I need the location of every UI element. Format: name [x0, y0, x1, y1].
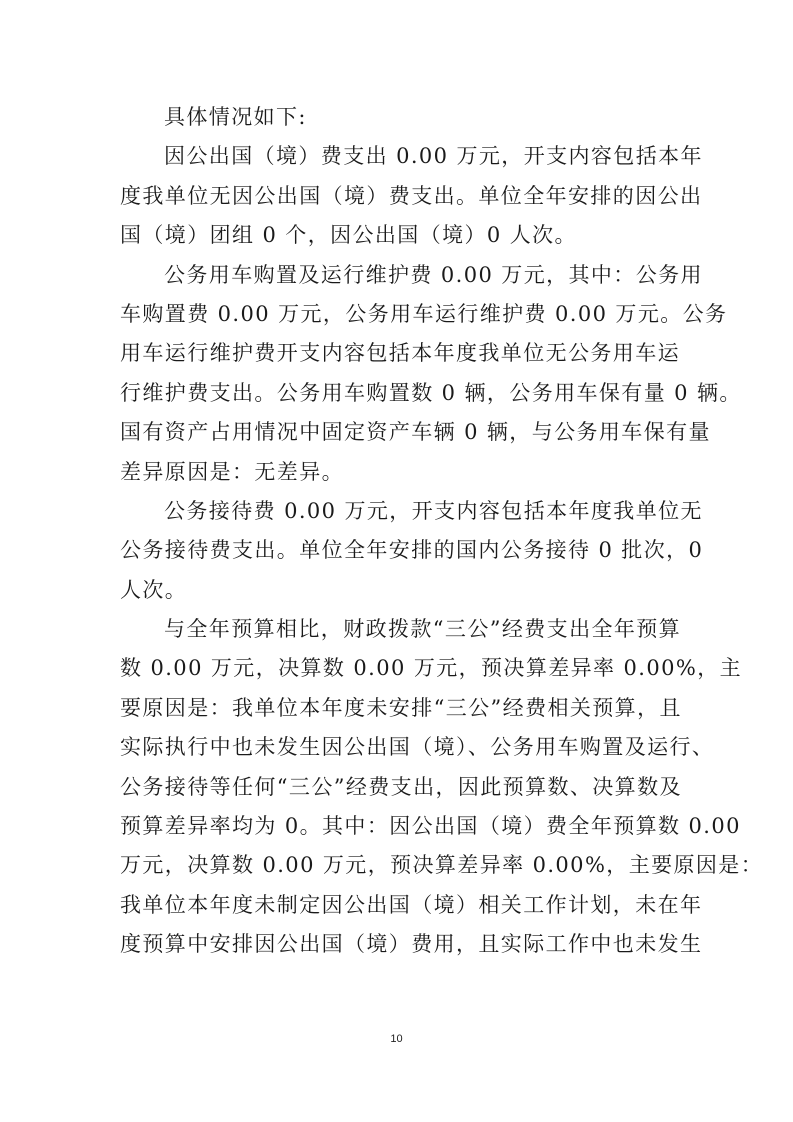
text-line: 度预算中安排因公出国（境）费用，且实际工作中也未发生 [120, 925, 680, 964]
text-line: 公务接待费支出。单位全年安排的国内公务接待 0 批次，0 [120, 531, 680, 570]
text-line: 实际执行中也未发生因公出国（境）、公务用车购置及运行、 [120, 728, 680, 767]
page-number: 10 [0, 1033, 793, 1045]
text-line: 我单位本年度未制定因公出国（境）相关工作计划，未在年 [120, 886, 680, 925]
text-line: 行维护费支出。公务用车购置数 0 辆，公务用车保有量 0 辆。 [120, 374, 680, 413]
text-line: 公务用车购置及运行维护费 0.00 万元，其中：公务用 [120, 256, 680, 295]
text-line: 国（境）团组 0 个，因公出国（境）0 人次。 [120, 216, 680, 255]
paragraph-intro: 具体情况如下: [120, 98, 680, 137]
document-page: 具体情况如下: 因公出国（境）费支出 0.00 万元，开支内容包括本年 度我单位… [0, 0, 793, 1122]
text-line: 公务接待等任何“三公”经费支出，因此预算数、决算数及 [120, 768, 680, 807]
text-line: 差异原因是：无差异。 [120, 453, 680, 492]
text-line: 万元，决算数 0.00 万元，预决算差异率 0.00%，主要原因是： [120, 846, 680, 885]
text-line: 公务接待费 0.00 万元，开支内容包括本年度我单位无 [120, 492, 680, 531]
text-line: 具体情况如下: [120, 98, 680, 137]
text-line: 要原因是：我单位本年度未安排“三公”经费相关预算，且 [120, 689, 680, 728]
text-line: 因公出国（境）费支出 0.00 万元，开支内容包括本年 [120, 137, 680, 176]
text-line: 用车运行维护费开支内容包括本年度我单位无公务用车运 [120, 334, 680, 373]
text-line: 与全年预算相比，财政拨款“三公”经费支出全年预算 [120, 610, 680, 649]
paragraph-overseas-travel: 因公出国（境）费支出 0.00 万元，开支内容包括本年 度我单位无因公出国（境）… [120, 137, 680, 255]
text-line: 数 0.00 万元，决算数 0.00 万元，预决算差异率 0.00%，主 [120, 649, 680, 688]
text-line: 国有资产占用情况中固定资产车辆 0 辆，与公务用车保有量 [120, 413, 680, 452]
document-body: 具体情况如下: 因公出国（境）费支出 0.00 万元，开支内容包括本年 度我单位… [120, 98, 680, 965]
text-line: 车购置费 0.00 万元，公务用车运行维护费 0.00 万元。公务 [120, 295, 680, 334]
text-line: 人次。 [120, 571, 680, 610]
text-line: 度我单位无因公出国（境）费支出。单位全年安排的因公出 [120, 177, 680, 216]
paragraph-official-reception: 公务接待费 0.00 万元，开支内容包括本年度我单位无 公务接待费支出。单位全年… [120, 492, 680, 610]
paragraph-official-vehicles: 公务用车购置及运行维护费 0.00 万元，其中：公务用 车购置费 0.00 万元… [120, 256, 680, 492]
text-line: 预算差异率均为 0。其中：因公出国（境）费全年预算数 0.00 [120, 807, 680, 846]
paragraph-budget-comparison: 与全年预算相比，财政拨款“三公”经费支出全年预算 数 0.00 万元，决算数 0… [120, 610, 680, 965]
